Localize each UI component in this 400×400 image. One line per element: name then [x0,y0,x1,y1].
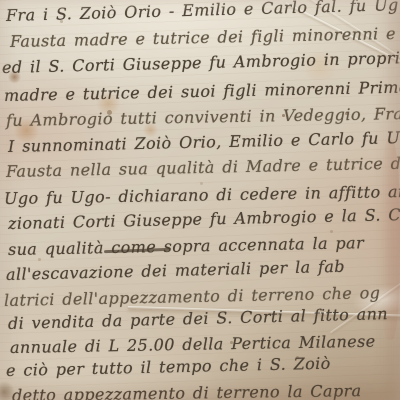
manuscript-page: Fra i S. Zoiò Orio - Emilio e Carlo fal.… [0,0,400,400]
foxing-speckles [0,0,3,3]
